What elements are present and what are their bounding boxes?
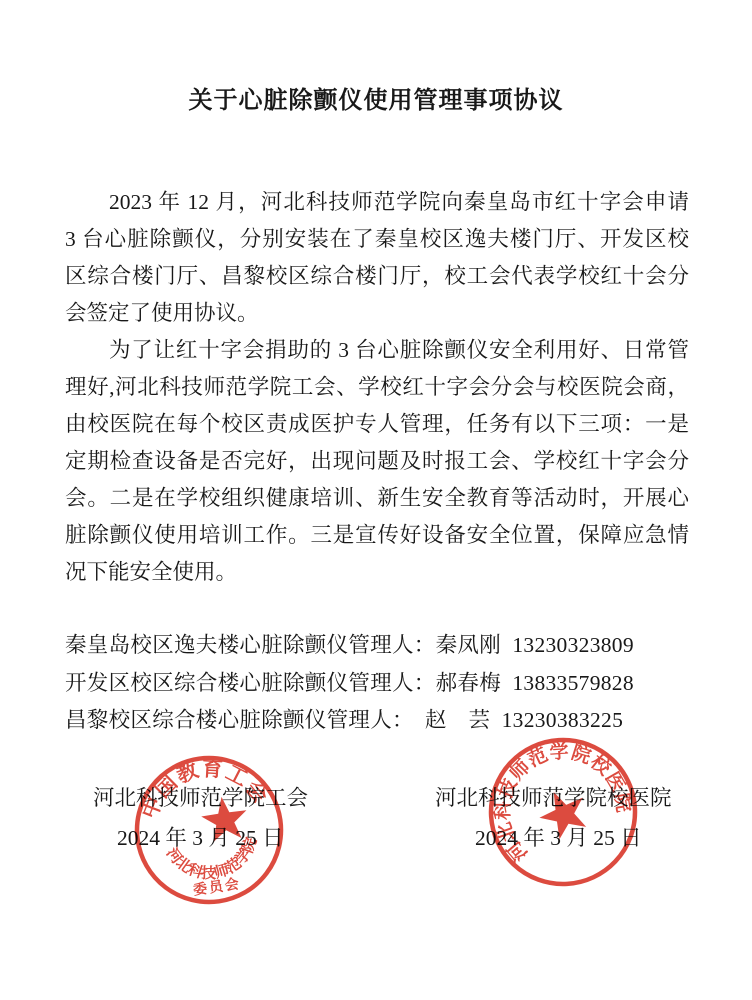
union-seal-stamp: 中国教育工会 河北科技师范学院 委员会 bbox=[124, 745, 294, 915]
contact-list: 秦皇岛校区逸夫楼心脏除颤仪管理人：秦凤刚 13230323809 开发区校区综合… bbox=[65, 627, 705, 740]
body-text: 2023 年 12 月，河北科技师范学院向秦皇岛市红十字会申请 3 台心脏除颤仪… bbox=[65, 184, 689, 591]
svg-text:中国教育工会: 中国教育工会 bbox=[131, 747, 275, 825]
text-line: 况下能安全使用。 bbox=[65, 554, 689, 591]
paragraph-1: 2023 年 12 月，河北科技师范学院向秦皇岛市红十字会申请 3 台心脏除颤仪… bbox=[65, 184, 689, 332]
text-line: 会。二是在学校组织健康培训、新生安全教育等活动时，开展心 bbox=[65, 480, 689, 517]
hospital-seal-stamp: 河北科技师范学院校医院 bbox=[478, 727, 648, 897]
text-line: 理好,河北科技师范学院工会、学校红十字会分会与校医院会商， bbox=[65, 369, 689, 406]
paragraph-2: 为了让红十字会捐助的 3 台心脏除颤仪安全利用好、日常管 理好,河北科技师范学院… bbox=[65, 332, 689, 591]
star-icon bbox=[199, 794, 250, 843]
seal-ring-text: 中国教育工会 bbox=[131, 747, 275, 825]
contact-line: 秦皇岛校区逸夫楼心脏除颤仪管理人：秦凤刚 13230323809 bbox=[65, 627, 705, 665]
text-line: 3 台心脏除颤仪，分别安装在了秦皇校区逸夫楼门厅、开发区校 bbox=[65, 221, 689, 258]
star-icon bbox=[532, 782, 594, 843]
page-title: 关于心脏除颤仪使用管理事项协议 bbox=[0, 80, 752, 115]
text-line: 区综合楼门厅、昌黎校区综合楼门厅，校工会代表学校红十会分 bbox=[65, 258, 689, 295]
text-line: 2023 年 12 月，河北科技师范学院向秦皇岛市红十字会申请 bbox=[65, 184, 689, 221]
text-line: 为了让红十字会捐助的 3 台心脏除颤仪安全利用好、日常管 bbox=[65, 332, 689, 369]
text-line: 定期检查设备是否完好，出现问题及时报工会、学校红十字会分 bbox=[65, 443, 689, 480]
text-line: 脏除颤仪使用培训工作。三是宣传好设备安全位置，保障应急情 bbox=[65, 517, 689, 554]
document-page: 关于心脏除颤仪使用管理事项协议 2023 年 12 月，河北科技师范学院向秦皇岛… bbox=[0, 0, 752, 1000]
contact-line: 开发区校区综合楼心脏除颤仪管理人：郝春梅 13833579828 bbox=[65, 665, 705, 703]
text-line: 会签定了使用协议。 bbox=[65, 295, 689, 332]
text-line: 由校医院在每个校区责成医护专人管理，任务有以下三项：一是 bbox=[65, 406, 689, 443]
